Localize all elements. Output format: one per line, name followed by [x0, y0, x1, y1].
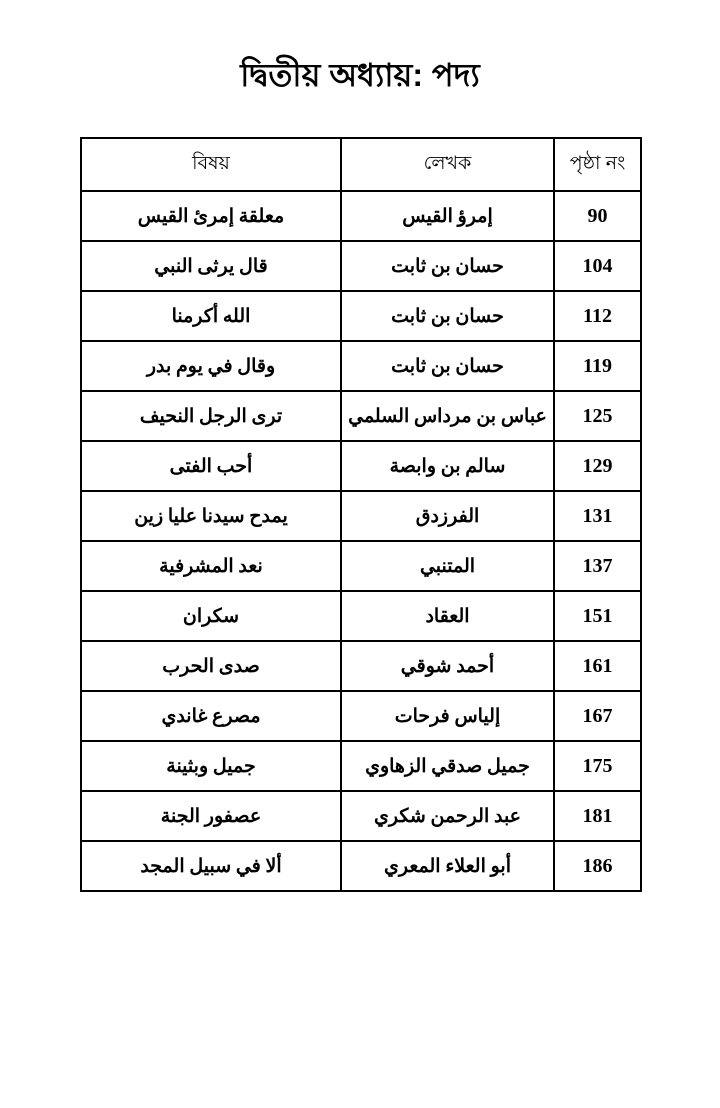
table-row: عصفور الجنة عبد الرحمن شكري 181: [81, 791, 641, 841]
subject-cell: يمدح سيدنا عليا زين: [81, 491, 341, 541]
page-cell: 167: [554, 691, 641, 741]
author-cell: العقاد: [341, 591, 554, 641]
author-cell: أحمد شوقي: [341, 641, 554, 691]
author-cell: إلياس فرحات: [341, 691, 554, 741]
table-row: وقال في يوم بدر حسان بن ثابت 119: [81, 341, 641, 391]
subject-cell: نعد المشرفية: [81, 541, 341, 591]
author-cell: حسان بن ثابت: [341, 241, 554, 291]
header-subject: বিষয়: [81, 138, 341, 191]
subject-cell: أحب الفتى: [81, 441, 341, 491]
subject-cell: جميل وبثينة: [81, 741, 341, 791]
author-cell: حسان بن ثابت: [341, 341, 554, 391]
page-cell: 104: [554, 241, 641, 291]
table-row: الله أكرمنا حسان بن ثابت 112: [81, 291, 641, 341]
subject-cell: وقال في يوم بدر: [81, 341, 341, 391]
author-cell: إمرؤ القيس: [341, 191, 554, 241]
table-row: ترى الرجل النحيف عباس بن مرداس السلمي 12…: [81, 391, 641, 441]
table-row: نعد المشرفية المتنبي 137: [81, 541, 641, 591]
subject-cell: معلقة إمرئ القيس: [81, 191, 341, 241]
author-cell: أبو العلاء المعري: [341, 841, 554, 891]
page-cell: 131: [554, 491, 641, 541]
table-row: مصرع غاندي إلياس فرحات 167: [81, 691, 641, 741]
toc-table: বিষয় লেখক পৃষ্ঠা নং معلقة إمرئ القيس إم…: [80, 137, 642, 892]
page-cell: 151: [554, 591, 641, 641]
subject-cell: مصرع غاندي: [81, 691, 341, 741]
page-cell: 186: [554, 841, 641, 891]
subject-cell: الله أكرمنا: [81, 291, 341, 341]
page-title: দ্বিতীয় অধ্যায়: পদ্য: [0, 50, 720, 104]
table-row: أحب الفتى سالم بن وابصة 129: [81, 441, 641, 491]
page-cell: 137: [554, 541, 641, 591]
header-row: বিষয় লেখক পৃষ্ঠা নং: [81, 138, 641, 191]
author-cell: سالم بن وابصة: [341, 441, 554, 491]
table-row: معلقة إمرئ القيس إمرؤ القيس 90: [81, 191, 641, 241]
subject-cell: سكران: [81, 591, 341, 641]
page-cell: 129: [554, 441, 641, 491]
table-row: ألا في سبيل المجد أبو العلاء المعري 186: [81, 841, 641, 891]
table-row: جميل وبثينة جميل صدقي الزهاوي 175: [81, 741, 641, 791]
table-row: سكران العقاد 151: [81, 591, 641, 641]
table-row: يمدح سيدنا عليا زين الفرزدق 131: [81, 491, 641, 541]
subject-cell: قال يرثى النبي: [81, 241, 341, 291]
page-cell: 119: [554, 341, 641, 391]
subject-cell: ألا في سبيل المجد: [81, 841, 341, 891]
author-cell: جميل صدقي الزهاوي: [341, 741, 554, 791]
page-cell: 90: [554, 191, 641, 241]
page-cell: 125: [554, 391, 641, 441]
table-row: صدى الحرب أحمد شوقي 161: [81, 641, 641, 691]
header-page: পৃষ্ঠা নং: [554, 138, 641, 191]
author-cell: الفرزدق: [341, 491, 554, 541]
subject-cell: صدى الحرب: [81, 641, 341, 691]
author-cell: عبد الرحمن شكري: [341, 791, 554, 841]
page-cell: 112: [554, 291, 641, 341]
page-cell: 175: [554, 741, 641, 791]
subject-cell: ترى الرجل النحيف: [81, 391, 341, 441]
author-cell: حسان بن ثابت: [341, 291, 554, 341]
toc-table-header: বিষয় লেখক পৃষ্ঠা নং: [81, 138, 641, 191]
page-cell: 161: [554, 641, 641, 691]
table-row: قال يرثى النبي حسان بن ثابت 104: [81, 241, 641, 291]
toc-table-body: معلقة إمرئ القيس إمرؤ القيس 90 قال يرثى …: [81, 191, 641, 891]
author-cell: عباس بن مرداس السلمي: [341, 391, 554, 441]
subject-cell: عصفور الجنة: [81, 791, 341, 841]
header-author: লেখক: [341, 138, 554, 191]
page-cell: 181: [554, 791, 641, 841]
author-cell: المتنبي: [341, 541, 554, 591]
